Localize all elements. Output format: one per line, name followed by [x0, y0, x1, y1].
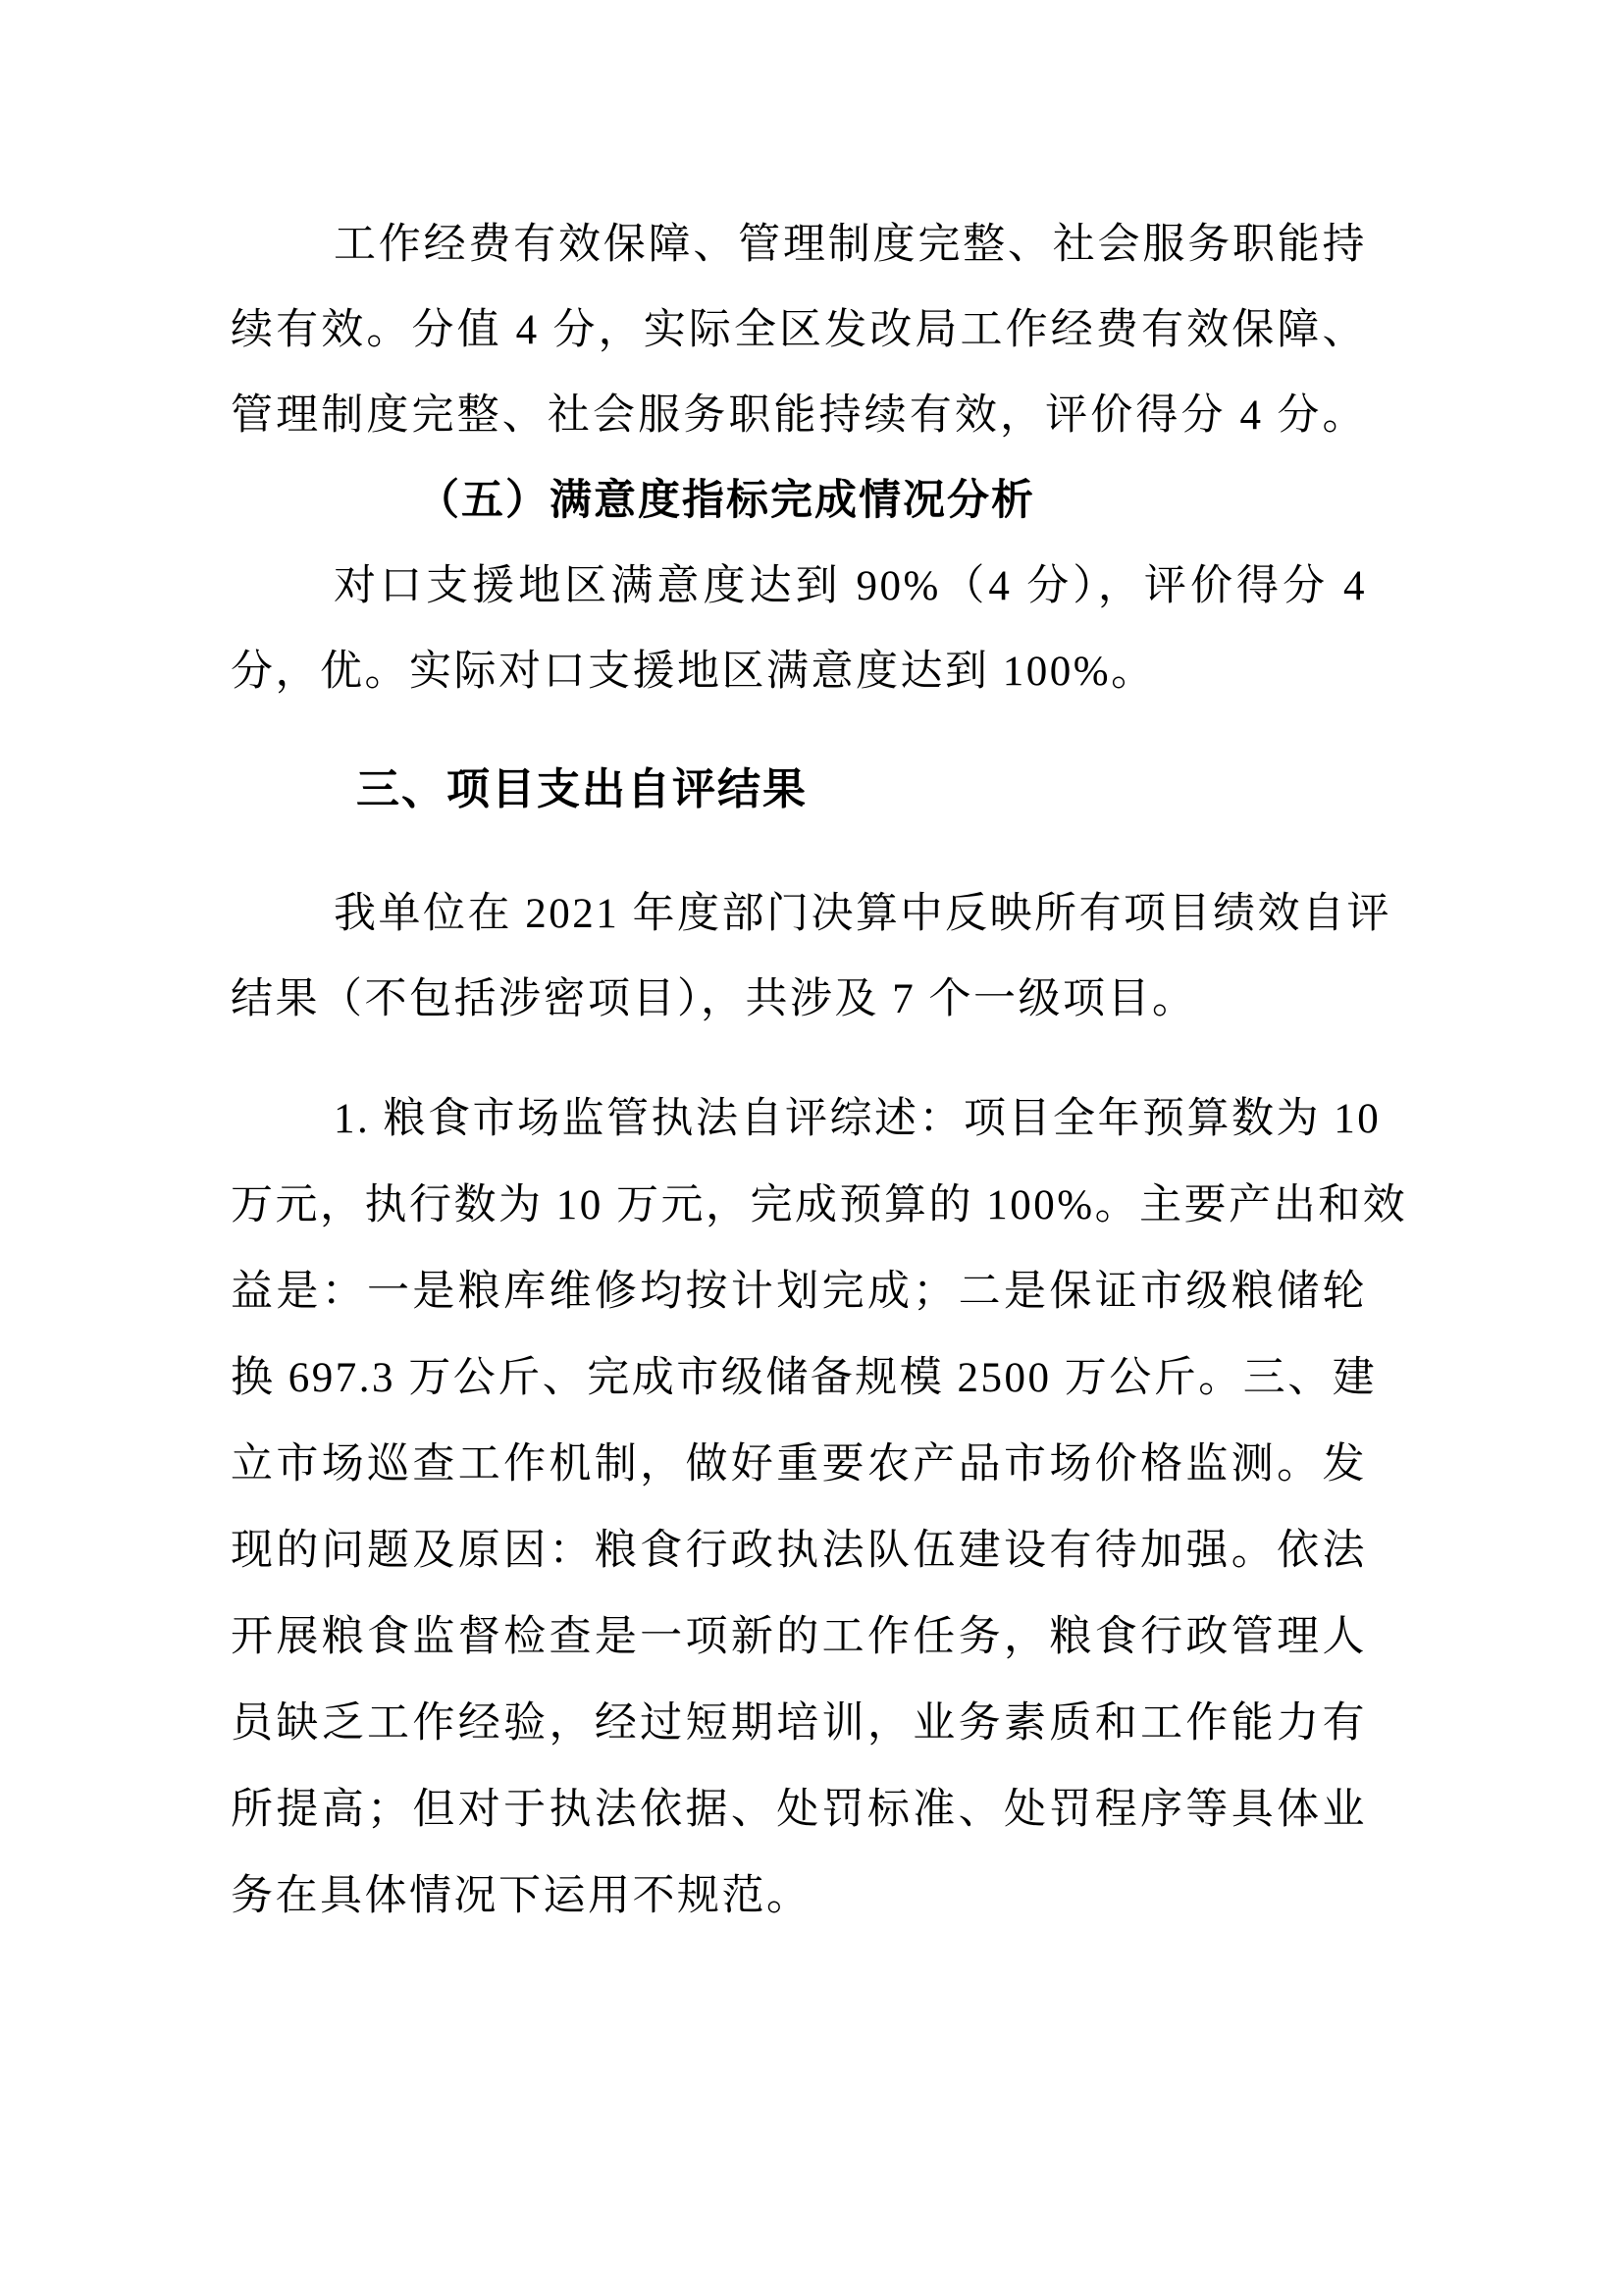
para-overview-line-1: 我单位在 2021 年度部门决算中反映所有项目绩效自评	[231, 871, 1367, 957]
para-satisfaction-line-1: 对口支援地区满意度达到 90%（4 分），评价得分 4	[231, 544, 1367, 629]
para-grain-project-line-6: 现的问题及原因：粮食行政执法队伍建设有待加强。依法	[231, 1508, 1367, 1594]
para-funding-line-3: 管理制度完整、社会服务职能持续有效，评价得分 4 分。	[231, 373, 1367, 458]
para-satisfaction-line-2: 分，优。实际对口支援地区满意度达到 100%。	[231, 629, 1367, 714]
para-grain-project-line-7: 开展粮食监督检查是一项新的工作任务，粮食行政管理人	[231, 1594, 1367, 1681]
heading-section-5-satisfaction: （五）满意度指标完成情况分析	[417, 458, 1367, 544]
document-page: 工作经费有效保障、管理制度完整、社会服务职能持续有效。分值 4 分，实际全区发改…	[0, 0, 1624, 2296]
para-overview-line-2: 结果（不包括涉密项目），共涉及 7 个一级项目。	[231, 957, 1367, 1042]
para-grain-project-line-4: 换 697.3 万公斤、完成市级储备规模 2500 万公斤。三、建	[231, 1335, 1367, 1422]
para-grain-project-line-1: 1. 粮食市场监管执法自评综述：项目全年预算数为 10	[231, 1076, 1367, 1163]
heading-section-3-project-expenditure: 三、项目支出自评结果	[356, 747, 1367, 832]
para-grain-project-line-10: 务在具体情况下运用不规范。	[231, 1853, 1367, 1940]
para-grain-project-line-3: 益是：一是粮库维修均按计划完成；二是保证市级粮储轮	[231, 1249, 1367, 1335]
para-funding-line-1: 工作经费有效保障、管理制度完整、社会服务职能持	[231, 202, 1367, 287]
para-grain-project-line-5: 立市场巡查工作机制，做好重要农产品市场价格监测。发	[231, 1422, 1367, 1508]
document-body: 工作经费有效保障、管理制度完整、社会服务职能持续有效。分值 4 分，实际全区发改…	[231, 202, 1367, 1940]
para-grain-project-line-2: 万元，执行数为 10 万元，完成预算的 100%。主要产出和效	[231, 1163, 1367, 1249]
para-grain-project-line-9: 所提高；但对于执法依据、处罚标准、处罚程序等具体业	[231, 1767, 1367, 1853]
para-funding-line-2: 续有效。分值 4 分，实际全区发改局工作经费有效保障、	[231, 287, 1367, 373]
para-grain-project-line-8: 员缺乏工作经验，经过短期培训，业务素质和工作能力有	[231, 1681, 1367, 1767]
